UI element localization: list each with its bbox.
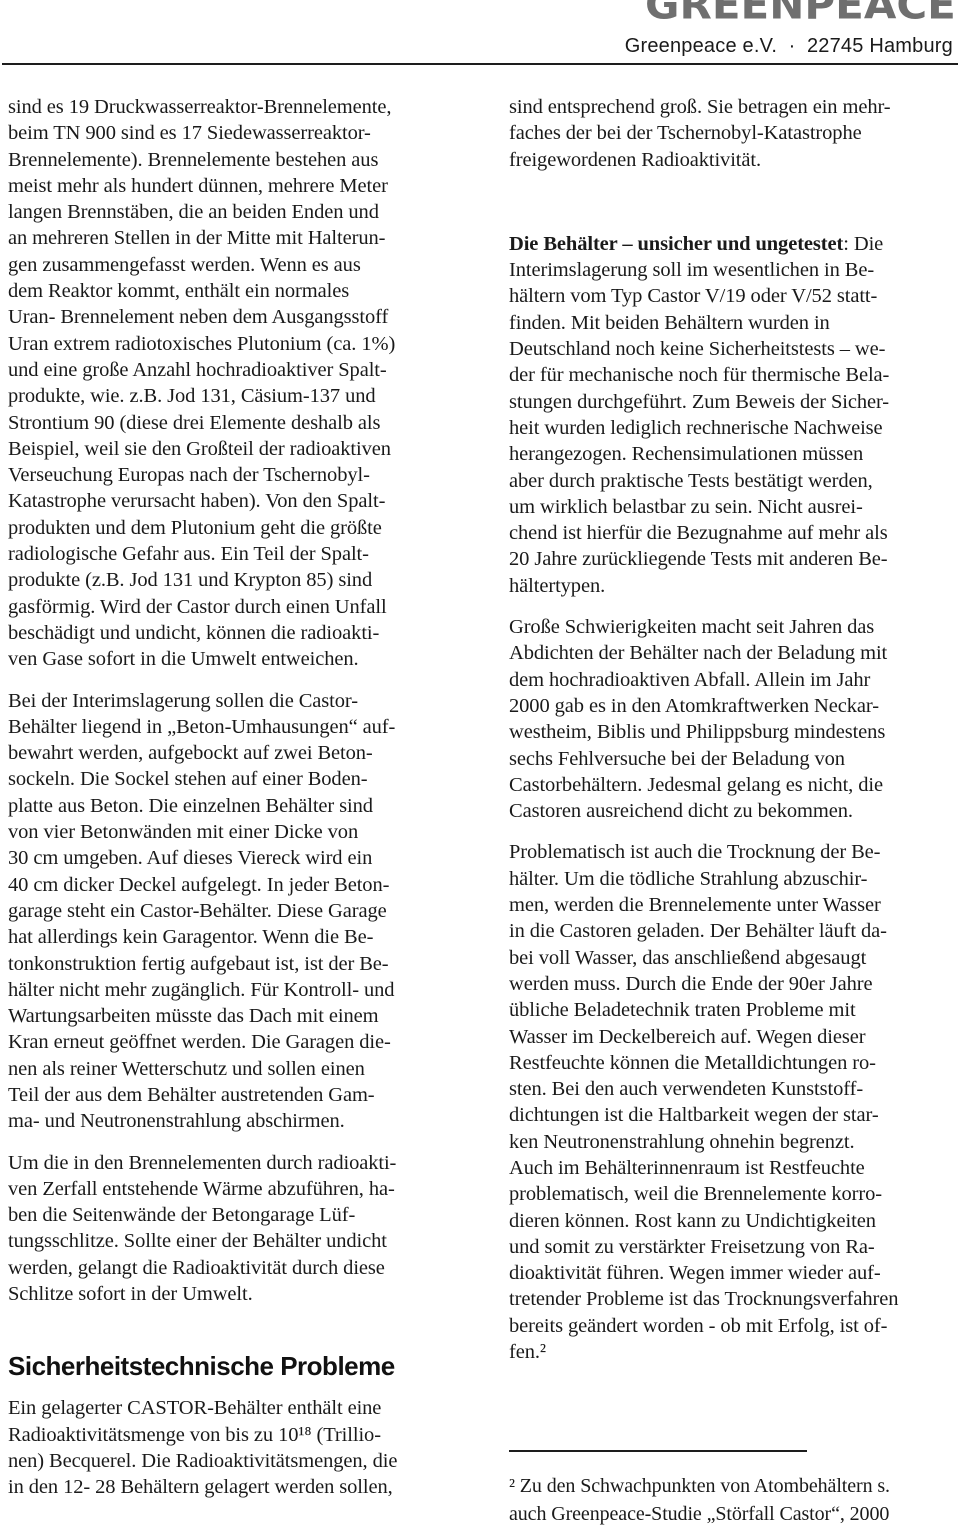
left-column: sind es 19 Druckwasserreaktor-Brenneleme…	[8, 94, 460, 1516]
header-rule	[2, 63, 958, 65]
greenpeace-logo-text: GREENPEACE	[645, 0, 955, 25]
paragraph-containers-untested: Die Behälter – unsicher und ungetestet: …	[509, 231, 957, 599]
paragraph-lead-in-bold: Die Behälter – unsicher und ungetestet	[509, 233, 843, 255]
section-heading-safety-problems: Sicherheitstechnische Probleme	[8, 1349, 460, 1383]
footnote-rule	[509, 1450, 807, 1452]
paragraph-fuel-elements: sind es 19 Druckwasserreaktor-Brenneleme…	[8, 94, 460, 673]
header-address: Greenpeace e.V. · 22745 Hamburg	[625, 33, 953, 59]
document-page: GREENPEACE Greenpeace e.V. · 22745 Hambu…	[0, 0, 960, 1526]
paragraph-drying-problems: Problematisch ist auch die Trocknung der…	[509, 839, 957, 1365]
paragraph-chernobyl-comparison: sind entsprechend groß. Sie betragen ein…	[509, 94, 957, 173]
right-column: sind entsprechend groß. Sie betragen ein…	[509, 94, 957, 1380]
paragraph-radioactivity-amount: Ein gelagerter CASTOR-Behälter enthält e…	[8, 1395, 460, 1500]
paragraph-lead-in-rest: : Die Interimslagerung soll im wesentlic…	[509, 233, 889, 597]
paragraph-sealing-failures: Große Schwierigkeiten macht seit Jahren …	[509, 614, 957, 824]
paragraph-interim-storage: Bei der Interimslagerung sollen die Cast…	[8, 688, 460, 1135]
paragraph-ventilation-slits: Um die in den Brennelementen durch radio…	[8, 1150, 460, 1308]
greenpeace-logo: GREENPEACE	[645, 0, 955, 26]
footnote-text: ² Zu den Schwachpunkten von Atombehälter…	[509, 1472, 957, 1526]
